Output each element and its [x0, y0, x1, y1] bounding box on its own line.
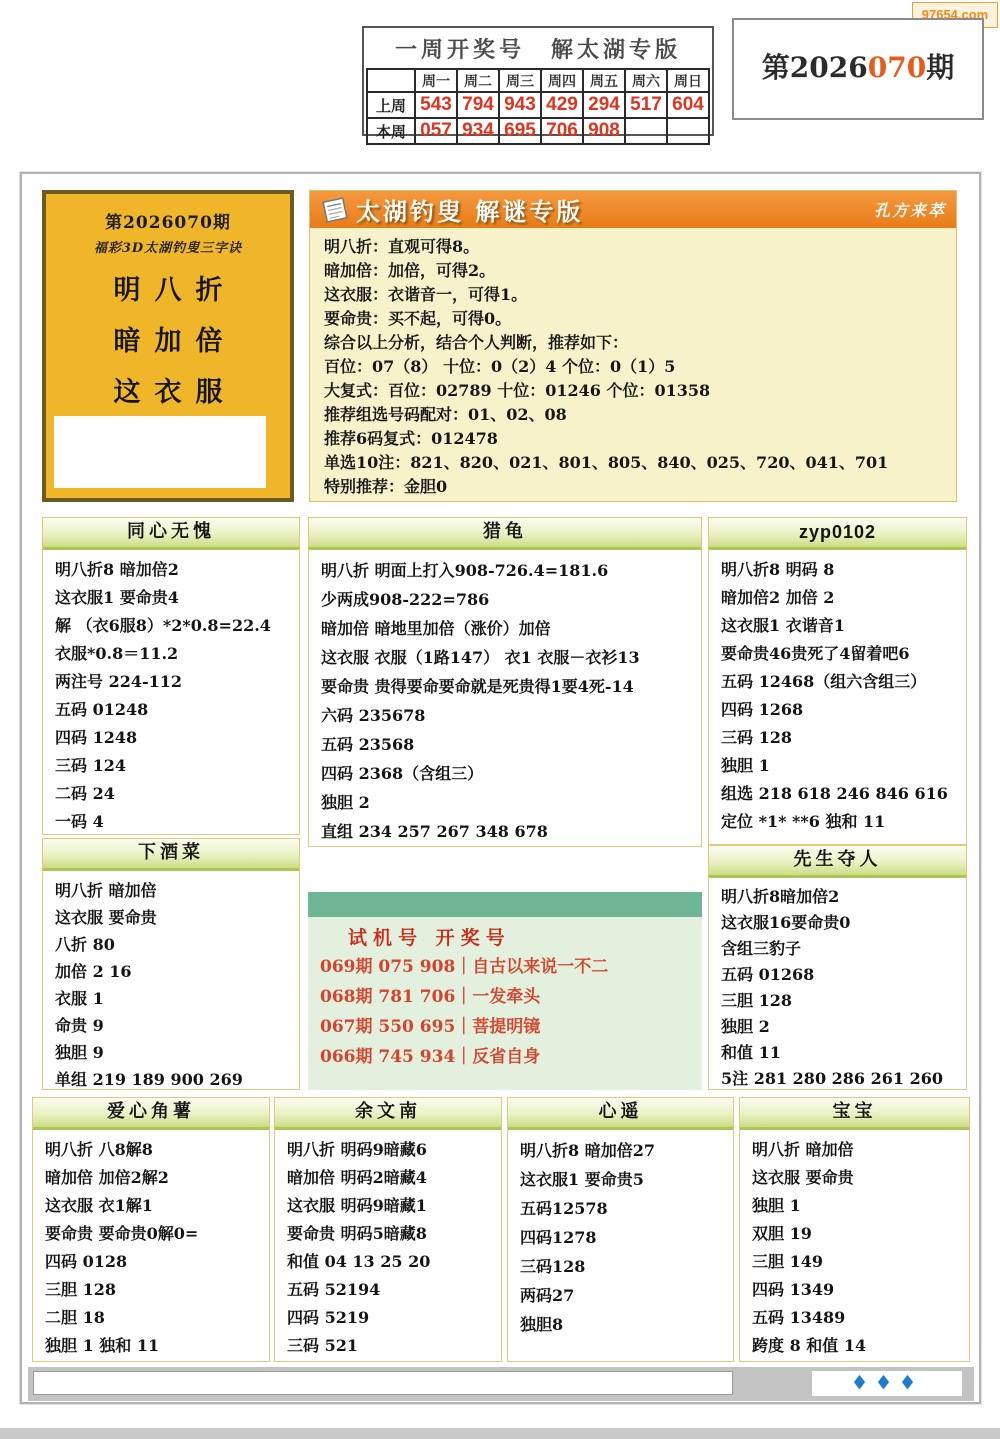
- panel-title: 猎龟: [309, 518, 701, 550]
- panel-line: 二码 24: [55, 780, 293, 808]
- panel-line: 三胆 128: [721, 988, 960, 1014]
- panel-line: 四码 0128: [45, 1248, 263, 1276]
- trial-draw-box: 试机号 开奖号 069期 075 908｜自古以来说一不二 068期 781 7…: [308, 892, 702, 1090]
- panel-title: 同心无愧: [43, 518, 299, 550]
- panel-line: 含组三豹子: [721, 936, 960, 962]
- panel-line: 加倍 2 16: [55, 958, 293, 985]
- panel-line: 暗加倍2 加倍 2: [721, 584, 960, 612]
- panel-line: 五码 52194: [287, 1276, 495, 1304]
- gold-box-issue: 第2026070期: [46, 208, 290, 233]
- issue-number-box: 第2026070期: [732, 18, 984, 120]
- panel-line: 明八折 暗加倍: [55, 877, 293, 904]
- panel-line: 衣服*0.8＝11.2: [55, 640, 293, 668]
- issue-highlight: 070: [868, 51, 926, 84]
- panel-line: 五码 23568: [321, 730, 695, 759]
- panel-line: 要命贵 明码5暗藏8: [287, 1220, 495, 1248]
- tips-line: 综合以上分析，结合个人判断，推荐如下：: [324, 331, 946, 355]
- panel-line: 两码27: [520, 1281, 727, 1310]
- panel-title: zyp0102: [709, 518, 966, 550]
- panel-baobao: 宝宝 明八折 暗加倍 这衣服 要命贵 独胆 1 双胆 19 三胆 149 四码 …: [739, 1097, 970, 1362]
- panel-line: 八折 80: [55, 931, 293, 958]
- panel-line: 这衣服1 要命贵4: [55, 584, 293, 612]
- panel-line: 明八折8 暗加倍27: [520, 1136, 727, 1165]
- panel-yuwennan: 余文南 明八折 明码9暗藏6 暗加倍 明码2暗藏4 这衣服 明码9暗藏1 要命贵…: [274, 1097, 502, 1362]
- tips-line: 明八折：直观可得8。: [324, 235, 946, 259]
- panel-line: 四码 1349: [752, 1276, 963, 1304]
- bottom-gray-strip: [0, 1428, 1000, 1439]
- panel-line: 明八折 暗加倍: [752, 1136, 963, 1164]
- panel-line: 三码 521: [287, 1332, 495, 1360]
- panel-line: 独胆 1: [721, 752, 960, 780]
- panel-xiajiucai: 下酒菜 明八折 暗加倍 这衣服 要命贵 八折 80 加倍 2 16 衣服 1 命…: [42, 838, 300, 1090]
- tips-panel: 太湖钓叟 解谜专版 孔方来萃 明八折：直观可得8。 暗加倍：加倍，可得2。 这衣…: [309, 190, 957, 502]
- panel-line: 六码 235678: [321, 701, 695, 730]
- panel-line: 这衣服 衣服（1路147） 衣1 衣服－衣衫13: [321, 643, 695, 672]
- newspaper-icon: [320, 196, 350, 224]
- trial-row: 069期 075 908｜自古以来说一不二: [320, 952, 702, 982]
- panel-line: 独胆 1 独和 11: [45, 1332, 263, 1360]
- tips-body: 明八折：直观可得8。 暗加倍：加倍，可得2。 这衣服：衣谐音一，可得1。 要命贵…: [310, 228, 956, 499]
- riddle-line: 这衣服: [46, 370, 290, 409]
- panel-line: 暗加倍 暗地里加倍（涨价）加倍: [321, 614, 695, 643]
- panel-line: 解 （衣6服8）*2*0.8=22.4: [55, 612, 293, 640]
- table-row-this-week: 本周 057 934 695 706 908: [367, 118, 709, 144]
- tips-header: 太湖钓叟 解谜专版 孔方来萃: [310, 191, 956, 228]
- panel-line: 明八折8暗加倍2: [721, 884, 960, 910]
- panel-line: 这衣服 明码9暗藏1: [287, 1192, 495, 1220]
- panel-line: 这衣服 衣1解1: [45, 1192, 263, 1220]
- riddle-gold-box: 第2026070期 福彩3D太湖钓叟三字诀 明八折 暗加倍 这衣服 要命贵: [42, 190, 294, 502]
- panel-line: 独胆8: [520, 1310, 727, 1339]
- panel-line: 独胆 9: [55, 1039, 293, 1066]
- panel-line: 衣服 1: [55, 985, 293, 1012]
- gold-box-subtitle: 福彩3D太湖钓叟三字诀: [46, 237, 290, 256]
- panel-line: 五码 12468（组六含组三）: [721, 668, 960, 696]
- main-frame: 第2026070期 福彩3D太湖钓叟三字诀 明八折 暗加倍 这衣服 要命贵: [20, 172, 981, 1404]
- panel-line: 要命贵 要命贵0解0=: [45, 1220, 263, 1248]
- panel-line: 四码 2368（含组三）: [321, 759, 695, 788]
- panel-line: 明八折 明码9暗藏6: [287, 1136, 495, 1164]
- panel-line: 单组 219 189 900 269: [55, 1066, 293, 1093]
- tips-line: 这衣服：衣谐音一，可得1。: [324, 283, 946, 307]
- panel-line: 明八折8 暗加倍2: [55, 556, 293, 584]
- weekly-draw-title: 一周开奖号 解太湖专版: [364, 33, 712, 64]
- panel-line: 五码 01248: [55, 696, 293, 724]
- panel-line: 和值 04 13 25 20: [287, 1248, 495, 1276]
- tips-line: 特别推荐：金胆0: [324, 475, 946, 499]
- trial-row: 066期 745 934｜反省自身: [320, 1042, 702, 1072]
- table-row-last-week: 上周 543 794 943 429 294 517 604: [367, 92, 709, 118]
- panel-title: 余文南: [275, 1098, 501, 1130]
- panel-line: 三码128: [520, 1252, 727, 1281]
- table-corner-cell: [367, 69, 415, 92]
- diamond-icons-box[interactable]: ♦♦♦: [812, 1371, 962, 1396]
- panel-line: 命贵 9: [55, 1012, 293, 1039]
- riddle-line: 暗加倍: [46, 319, 290, 358]
- panel-line: 少两成908-222=786: [321, 585, 695, 614]
- tips-title: 太湖钓叟 解谜专版: [356, 192, 583, 227]
- panel-line: 双胆 19: [752, 1220, 963, 1248]
- panel-line: 这衣服 要命贵: [752, 1164, 963, 1192]
- panel-line: 这衣服 要命贵: [55, 904, 293, 931]
- panel-title: 先生夺人: [709, 846, 966, 878]
- trial-box-title: 试机号 开奖号: [348, 923, 702, 950]
- panel-tongxinwukui: 同心无愧 明八折8 暗加倍2 这衣服1 要命贵4 解 （衣6服8）*2*0.8=…: [42, 517, 300, 835]
- panel-line: 直组 234 257 267 348 678: [321, 817, 695, 846]
- tips-line: 推荐组选号码配对：01、02、08: [324, 403, 946, 427]
- panel-line: 这衣服1 衣谐音1: [721, 612, 960, 640]
- table-header-row: 周一 周二 周三 周四 周五 周六 周日: [367, 69, 709, 92]
- panel-liegui: 猎龟 明八折 明面上打入908-726.4=181.6 少两成908-222=7…: [308, 517, 702, 847]
- panel-line: 独胆 2: [321, 788, 695, 817]
- panel-line: 要命贵46贵死了4留着吧6: [721, 640, 960, 668]
- panel-line: 四码 1268: [721, 696, 960, 724]
- panel-line: 这衣服16要命贵0: [721, 910, 960, 936]
- footer-bar: ♦♦♦: [28, 1367, 974, 1401]
- panel-line: 这衣服1 要命贵5: [520, 1165, 727, 1194]
- panel-title: 心遥: [508, 1098, 733, 1130]
- panel-title: 下酒菜: [43, 839, 299, 871]
- panel-line: 5注 281 280 286 261 260: [721, 1066, 960, 1092]
- panel-line: 三胆 128: [45, 1276, 263, 1304]
- panel-line: 组选 218 618 246 846 616: [721, 780, 960, 808]
- panel-line: 二胆 18: [45, 1304, 263, 1332]
- riddle-line: 明八折: [46, 268, 290, 307]
- panel-title: 宝宝: [740, 1098, 969, 1130]
- panel-xianshengduoren: 先生夺人 明八折8暗加倍2 这衣服16要命贵0 含组三豹子 五码 01268 三…: [708, 845, 967, 1090]
- panel-line: 明八折 八8解8: [45, 1136, 263, 1164]
- diamond-icon: ♦♦♦: [851, 1372, 923, 1394]
- panel-line: 一码 4: [55, 808, 293, 836]
- panel-title: 爱心角薯: [33, 1098, 269, 1130]
- panel-line: 四码 1248: [55, 724, 293, 752]
- panel-line: 暗加倍 加倍2解2: [45, 1164, 263, 1192]
- panel-xinyao: 心遥 明八折8 暗加倍27 这衣服1 要命贵5 五码12578 四码1278 三…: [507, 1097, 734, 1362]
- trial-row: 067期 550 695｜菩提明镜: [320, 1012, 702, 1042]
- tips-right-label: 孔方来萃: [874, 198, 946, 221]
- panel-line: 和值 11: [721, 1040, 960, 1066]
- tips-line: 推荐6码复式：012478: [324, 427, 946, 451]
- tips-line: 暗加倍：加倍，可得2。: [324, 259, 946, 283]
- tips-line: 单选10注：821、820、021、801、805、840、025、720、04…: [324, 451, 946, 475]
- panel-line: 三码 128: [721, 724, 960, 752]
- panel-line: 四码1278: [520, 1223, 727, 1252]
- tips-line: 要命贵：买不起，可得0。: [324, 307, 946, 331]
- panel-line: 明八折 明面上打入908-726.4=181.6: [321, 556, 695, 585]
- trial-box-top-strip: [308, 892, 702, 917]
- panel-line: 两注号 224-112: [55, 668, 293, 696]
- weekly-draw-table: 周一 周二 周三 周四 周五 周六 周日 上周 543 794 943 429 …: [366, 68, 710, 145]
- page-root: 97654.com 一周开奖号 解太湖专版 周一 周二 周三 周四 周五 周六 …: [0, 0, 1000, 1439]
- panel-line: 五码 13489: [752, 1304, 963, 1332]
- panel-line: 三胆 149: [752, 1248, 963, 1276]
- trial-row: 068期 781 706｜一发牵头: [320, 982, 702, 1012]
- panel-line: 五码 01268: [721, 962, 960, 988]
- panel-line: 要命贵 贵得要命要命就是死贵得1要4死-14: [321, 672, 695, 701]
- panel-line: 三码 124: [55, 752, 293, 780]
- panel-line: 跨度 8 和值 14: [752, 1332, 963, 1360]
- panel-line: 定位 *1* **6 独和 11: [721, 808, 960, 836]
- blank-white-box: [54, 416, 266, 488]
- panel-aixinjiaoshu: 爱心角薯 明八折 八8解8 暗加倍 加倍2解2 这衣服 衣1解1 要命贵 要命贵…: [32, 1097, 270, 1362]
- tips-line: 百位：07（8） 十位：0（2）4 个位：0（1）5: [324, 355, 946, 379]
- footer-input-box[interactable]: [33, 1371, 733, 1395]
- panel-line: 独胆 1: [752, 1192, 963, 1220]
- panel-line: 独胆 2: [721, 1014, 960, 1040]
- issue-suffix: 期: [926, 51, 954, 84]
- panel-zyp0102: zyp0102 明八折8 明码 8 暗加倍2 加倍 2 这衣服1 衣谐音1 要命…: [708, 517, 967, 845]
- panel-line: 暗加倍 明码2暗藏4: [287, 1164, 495, 1192]
- panel-line: 四码 5219: [287, 1304, 495, 1332]
- weekly-draw-box: 一周开奖号 解太湖专版 周一 周二 周三 周四 周五 周六 周日 上周 543 …: [362, 26, 714, 136]
- issue-prefix: 第2026: [762, 51, 868, 84]
- tips-line: 大复式：百位：02789 十位：01246 个位：01358: [324, 379, 946, 403]
- panel-line: 五码12578: [520, 1194, 727, 1223]
- panel-line: 明八折8 明码 8: [721, 556, 960, 584]
